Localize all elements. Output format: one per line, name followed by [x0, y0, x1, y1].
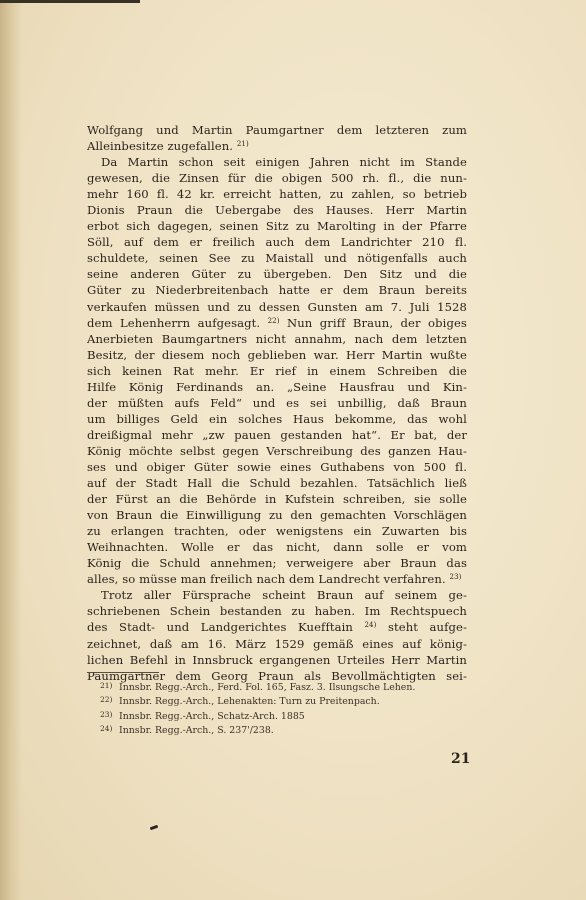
- line-text: verkaufen müssen und zu dessen Gunsten a…: [87, 300, 467, 314]
- line-text: von Braun die Einwilligung zu den gemach…: [87, 508, 467, 522]
- line-text: erbot sich dagegen, seinen Sitz zu Marol…: [87, 219, 467, 233]
- ink-speck: [150, 825, 159, 831]
- line-text: mehr 160 fl. 42 kr. erreicht hatten, zu …: [87, 187, 467, 201]
- line-text: der müßten aufs Feld“ und es sei unbilli…: [87, 396, 467, 410]
- text-line: Besitz, der diesem noch geblieben war. H…: [87, 347, 467, 363]
- text-line: zu erlangen trachten, oder wenigstens ei…: [87, 523, 467, 539]
- footnote-text: Innsbr. Regg.-Arch., Lehenakten: Turn zu…: [119, 696, 380, 707]
- footnote-text: Innsbr. Regg.-Arch., Ferd. Fol. 165, Fas…: [119, 682, 415, 693]
- line-text: Söll, auf dem er freilich auch dem Landr…: [87, 235, 467, 249]
- line-text: sich keinen Rat mehr. Er rief in einem S…: [87, 364, 467, 378]
- line-text: Weihnachten. Wolle er das nicht, dann so…: [87, 540, 467, 554]
- text-line: Trotz aller Fürsprache scheint Braun auf…: [87, 587, 467, 603]
- line-text: des Stadt- und Landgerichtes Kuefftain: [87, 620, 353, 634]
- line-text: König die Schuld annehmen; verweigere ab…: [87, 556, 467, 570]
- text-line: Da Martin schon seit einigen Jahren nich…: [87, 154, 467, 170]
- text-line: lichen Befehl in Innsbruck ergangenen Ur…: [87, 652, 467, 668]
- line-text: gewesen, die Zinsen für die obigen 500 r…: [87, 171, 467, 185]
- text-line: Hilfe König Ferdinands an. „Seine Hausfr…: [87, 379, 467, 395]
- text-line: des Stadt- und Landgerichtes Kuefftain 2…: [87, 619, 467, 635]
- line-text: seine anderen Güter zu übergeben. Den Si…: [87, 267, 467, 281]
- footnote-text: Innsbr. Regg.-Arch., S. 237'/238.: [119, 725, 274, 736]
- line-text: Güter zu Niederbreitenbach hatte er dem …: [87, 283, 467, 297]
- line-text: Alleinbesitze zugefallen.: [87, 139, 233, 153]
- footnote: 22)Innsbr. Regg.-Arch., Lehenakten: Turn…: [100, 694, 480, 708]
- footnote-number: 23): [100, 709, 119, 721]
- line-text-continued: Nun griff Braun, der obiges: [280, 316, 467, 330]
- text-line: schuldete, seinen See zu Maistall und nö…: [87, 250, 467, 266]
- footnote-reference: 24): [365, 621, 377, 629]
- top-edge-shadow: [0, 0, 140, 3]
- line-text: Da Martin schon seit einigen Jahren nich…: [101, 155, 467, 169]
- line-text: der Fürst an die Behörde in Kufstein sch…: [87, 492, 467, 506]
- line-text: Besitz, der diesem noch geblieben war. H…: [87, 348, 467, 362]
- text-line: Weihnachten. Wolle er das nicht, dann so…: [87, 539, 467, 555]
- line-text: ses und obiger Güter sowie eines Guthabe…: [87, 460, 467, 474]
- line-text: auf der Stadt Hall die Schuld bezahlen. …: [87, 476, 467, 490]
- text-line: um billiges Geld ein solches Haus bekomm…: [87, 411, 467, 427]
- footnote: 23)Innsbr. Regg.-Arch., Schatz-Arch. 188…: [100, 709, 480, 723]
- line-text: zeichnet, daß am 16. März 1529 gemäß ein…: [87, 637, 467, 651]
- line-text: zu erlangen trachten, oder wenigstens ei…: [87, 524, 467, 538]
- body-text: Wolfgang und Martin Paumgartner dem letz…: [87, 122, 467, 684]
- line-text: schuldete, seinen See zu Maistall und nö…: [87, 251, 467, 265]
- footnotes: 21)Innsbr. Regg.-Arch., Ferd. Fol. 165, …: [100, 680, 480, 737]
- text-line: seine anderen Güter zu übergeben. Den Si…: [87, 266, 467, 282]
- text-line: von Braun die Einwilligung zu den gemach…: [87, 507, 467, 523]
- text-line: schriebenen Schein bestanden zu haben. I…: [87, 603, 467, 619]
- line-text: schriebenen Schein bestanden zu haben. I…: [87, 604, 467, 618]
- footnote-reference: 21): [237, 140, 249, 148]
- text-line: Dionis Praun die Uebergabe des Hauses. H…: [87, 202, 467, 218]
- text-line: der Fürst an die Behörde in Kufstein sch…: [87, 491, 467, 507]
- text-line: Güter zu Niederbreitenbach hatte er dem …: [87, 282, 467, 298]
- text-line: Söll, auf dem er freilich auch dem Landr…: [87, 234, 467, 250]
- text-line: Anerbieten Baumgartners nicht annahm, na…: [87, 331, 467, 347]
- book-page: Wolfgang und Martin Paumgartner dem letz…: [0, 0, 586, 900]
- line-text: dreißigmal mehr „zw pauen gestanden hat“…: [87, 428, 467, 442]
- footnote-rule: [87, 672, 159, 673]
- line-text: Wolfgang und Martin Paumgartner dem letz…: [87, 123, 467, 137]
- line-text: um billiges Geld ein solches Haus bekomm…: [87, 412, 467, 426]
- line-text: Dionis Praun die Uebergabe des Hauses. H…: [87, 203, 467, 217]
- text-line: König möchte selbst gegen Verschreibung …: [87, 443, 467, 459]
- page-number: 21: [451, 751, 470, 767]
- text-line: der müßten aufs Feld“ und es sei unbilli…: [87, 395, 467, 411]
- footnote-reference: 23): [450, 573, 462, 581]
- text-line: mehr 160 fl. 42 kr. erreicht hatten, zu …: [87, 186, 467, 202]
- text-line: auf der Stadt Hall die Schuld bezahlen. …: [87, 475, 467, 491]
- text-line: zeichnet, daß am 16. März 1529 gemäß ein…: [87, 636, 467, 652]
- line-text: Hilfe König Ferdinands an. „Seine Hausfr…: [87, 380, 467, 394]
- text-line: alles, so müsse man freilich nach dem La…: [87, 571, 467, 587]
- binding-shadow: [0, 0, 22, 900]
- footnote-text: Innsbr. Regg.-Arch., Schatz-Arch. 1885: [119, 711, 305, 722]
- text-line: verkaufen müssen und zu dessen Gunsten a…: [87, 299, 467, 315]
- text-line: gewesen, die Zinsen für die obigen 500 r…: [87, 170, 467, 186]
- text-line: König die Schuld annehmen; verweigere ab…: [87, 555, 467, 571]
- line-text: alles, so müsse man freilich nach dem La…: [87, 572, 446, 586]
- text-line: erbot sich dagegen, seinen Sitz zu Marol…: [87, 218, 467, 234]
- footnote-number: 22): [100, 694, 119, 706]
- line-text: dem Lehenherrn aufgesagt.: [87, 316, 260, 330]
- text-line: sich keinen Rat mehr. Er rief in einem S…: [87, 363, 467, 379]
- footnote: 24)Innsbr. Regg.-Arch., S. 237'/238.: [100, 723, 480, 737]
- line-text: Trotz aller Fürsprache scheint Braun auf…: [101, 588, 467, 602]
- text-line: Wolfgang und Martin Paumgartner dem letz…: [87, 122, 467, 138]
- line-text: König möchte selbst gegen Verschreibung …: [87, 444, 467, 458]
- text-line: ses und obiger Güter sowie eines Guthabe…: [87, 459, 467, 475]
- footnote-number: 21): [100, 680, 119, 692]
- text-line: Alleinbesitze zugefallen. 21): [87, 138, 467, 154]
- text-line: dem Lehenherrn aufgesagt. 22) Nun griff …: [87, 315, 467, 331]
- line-text: lichen Befehl in Innsbruck ergangenen Ur…: [87, 653, 467, 667]
- footnote-reference: 22): [268, 317, 280, 325]
- line-text-continued: steht aufge-: [376, 620, 467, 634]
- text-line: dreißigmal mehr „zw pauen gestanden hat“…: [87, 427, 467, 443]
- line-text: Anerbieten Baumgartners nicht annahm, na…: [87, 332, 467, 346]
- footnote: 21)Innsbr. Regg.-Arch., Ferd. Fol. 165, …: [100, 680, 480, 694]
- footnote-number: 24): [100, 723, 119, 735]
